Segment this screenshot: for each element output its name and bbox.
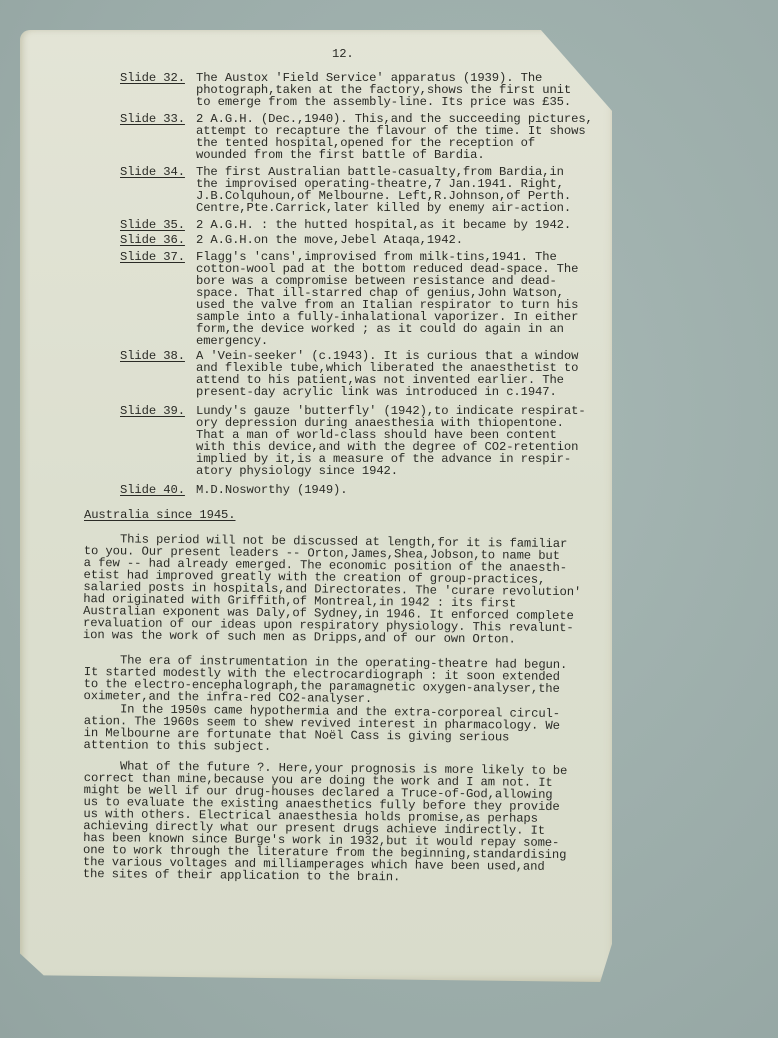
slide-description: A 'Vein-seeker' (c.1943). It is curious …	[196, 350, 578, 398]
body-paragraph: In the 1950s came hypothermia and the ex…	[83, 703, 560, 756]
page-number: 12.	[332, 48, 354, 60]
slide-label: Slide 40.	[120, 484, 185, 496]
slide-label: Slide 35.	[120, 219, 185, 231]
slide-label: Slide 38.	[120, 350, 185, 362]
slide-description: 2 A.G.H. : the hutted hospital,as it bec…	[196, 219, 571, 231]
slide-label: Slide 39.	[120, 405, 185, 417]
slide-description: The first Australian battle-casualty,fro…	[196, 166, 571, 214]
slide-description: M.D.Nosworthy (1949).	[196, 484, 348, 496]
section-heading: Australia since 1945.	[84, 509, 236, 521]
slide-description: The Austox 'Field Service' apparatus (19…	[196, 72, 571, 108]
body-paragraph: The era of instrumentation in the operat…	[83, 654, 567, 707]
slide-description: Lundy's gauze 'butterfly' (1942),to indi…	[196, 405, 586, 477]
body-paragraph: This period will not be discussed at len…	[83, 533, 582, 646]
slide-label: Slide 34.	[120, 166, 185, 178]
slide-description: 2 A.G.H.on the move,Jebel Ataqa,1942.	[196, 234, 463, 246]
slide-description: 2 A.G.H. (Dec.,1940). This,and the succe…	[196, 113, 593, 161]
body-paragraph: What of the future ?. Here,your prognosi…	[83, 760, 568, 885]
slide-label: Slide 32.	[120, 72, 185, 84]
slide-label: Slide 37.	[120, 251, 185, 263]
slide-description: Flagg's 'cans',improvised from milk-tins…	[196, 251, 578, 347]
slide-label: Slide 36.	[120, 234, 185, 246]
slide-label: Slide 33.	[120, 113, 185, 125]
